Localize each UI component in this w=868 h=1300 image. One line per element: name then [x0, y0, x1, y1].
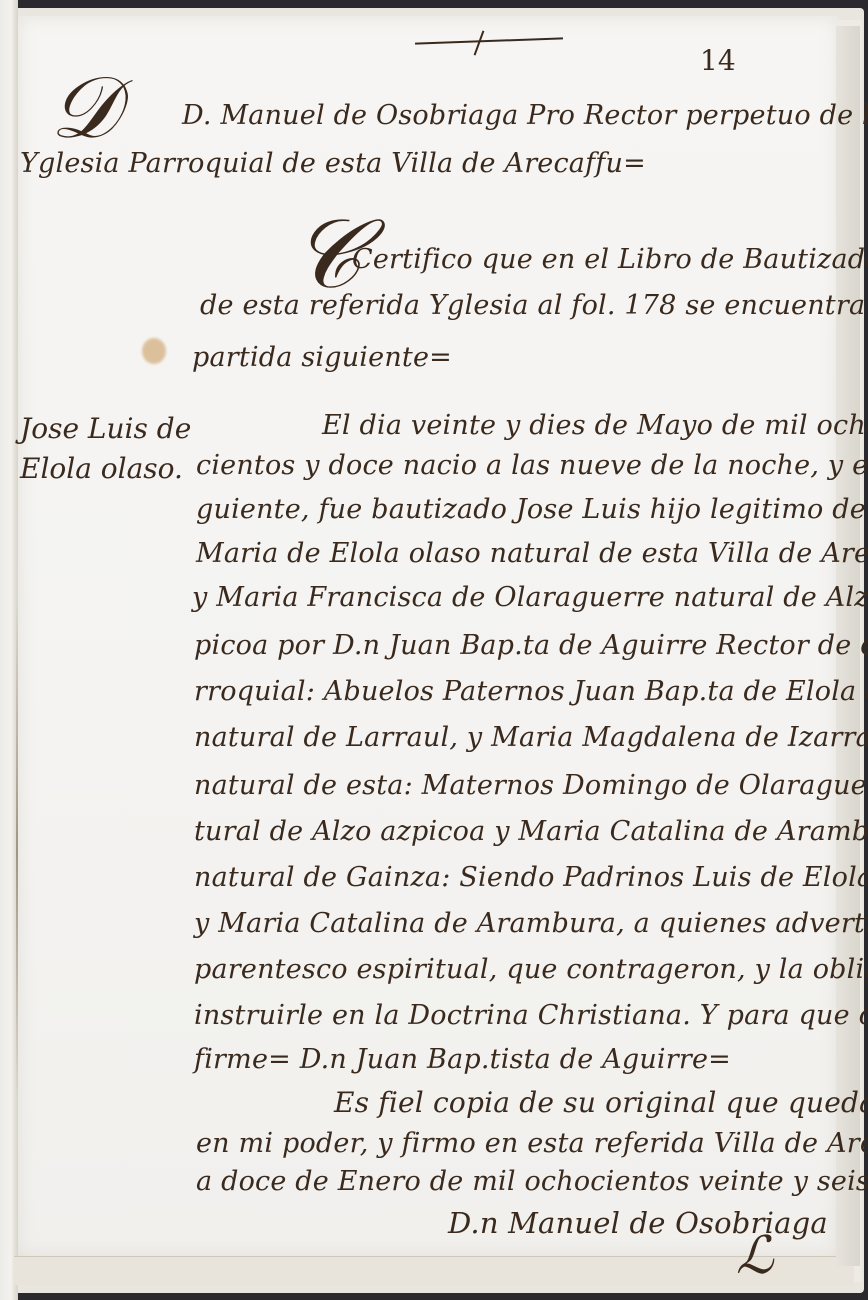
closing-line-1: Es fiel copia de su original que queda — [334, 1086, 868, 1119]
ornate-initial-d: 𝒟 — [50, 58, 119, 160]
entry-line: firme= D.n Juan Bap.tista de Aguirre= — [194, 1044, 731, 1075]
entry-line: El dia veinte y dies de Mayo de mil ocho… — [322, 410, 868, 441]
entry-line: natural de Gainza: Siendo Padrinos Luis … — [194, 862, 868, 893]
entry-line: instruirle en la Doctrina Christiana. Y … — [194, 1000, 868, 1031]
entry-line: natural de Larraul, y Maria Magdalena de… — [194, 722, 868, 753]
heading-line-2: Yglesia Parroquial de esta Villa de Arec… — [20, 148, 646, 179]
entry-line: y Maria Catalina de Arambura, a quienes … — [194, 908, 868, 939]
certification-line-1: Certifico que en el Libro de Bautizados — [352, 244, 868, 275]
margin-note-line-1: Jose Luis de — [20, 412, 191, 445]
entry-line: tural de Alzo azpicoa y Maria Catalina d… — [194, 816, 868, 847]
margin-note-line-2: Elola olaso. — [20, 452, 183, 485]
entry-line: cientos y doce nacio a las nueve de la n… — [196, 450, 868, 481]
entry-line: y Maria Francisca de Olaraguerre natural… — [192, 582, 868, 613]
gutter-shadow — [16, 600, 18, 1100]
entry-line: picoa por D.n Juan Bap.ta de Aguirre Rec… — [194, 630, 868, 661]
heading-line-1: D. Manuel de Osobriaga Pro Rector perpet… — [182, 100, 868, 131]
closing-line-2: en mi poder, y firmo en esta referida Vi… — [196, 1128, 868, 1159]
certification-line-3: partida siguiente= — [192, 342, 452, 373]
entry-line: guiente, fue bautizado Jose Luis hijo le… — [196, 494, 868, 525]
page-edge-bottom — [14, 1256, 854, 1285]
ink-stain — [142, 338, 166, 364]
entry-line: rroquial: Abuelos Paternos Juan Bap.ta d… — [194, 676, 868, 707]
certification-line-2: de esta referida Yglesia al fol. 178 se … — [200, 290, 868, 321]
entry-line: natural de esta: Maternos Domingo de Ola… — [194, 770, 868, 801]
entry-line: Maria de Elola olaso natural de esta Vil… — [196, 538, 868, 569]
closing-line-3: a doce de Enero de mil ochocientos veint… — [196, 1166, 868, 1197]
folio-number: 14 — [700, 44, 736, 77]
entry-line: parentesco espiritual, que contrageron, … — [194, 954, 868, 985]
signature-rubric: ℒ — [736, 1226, 773, 1286]
